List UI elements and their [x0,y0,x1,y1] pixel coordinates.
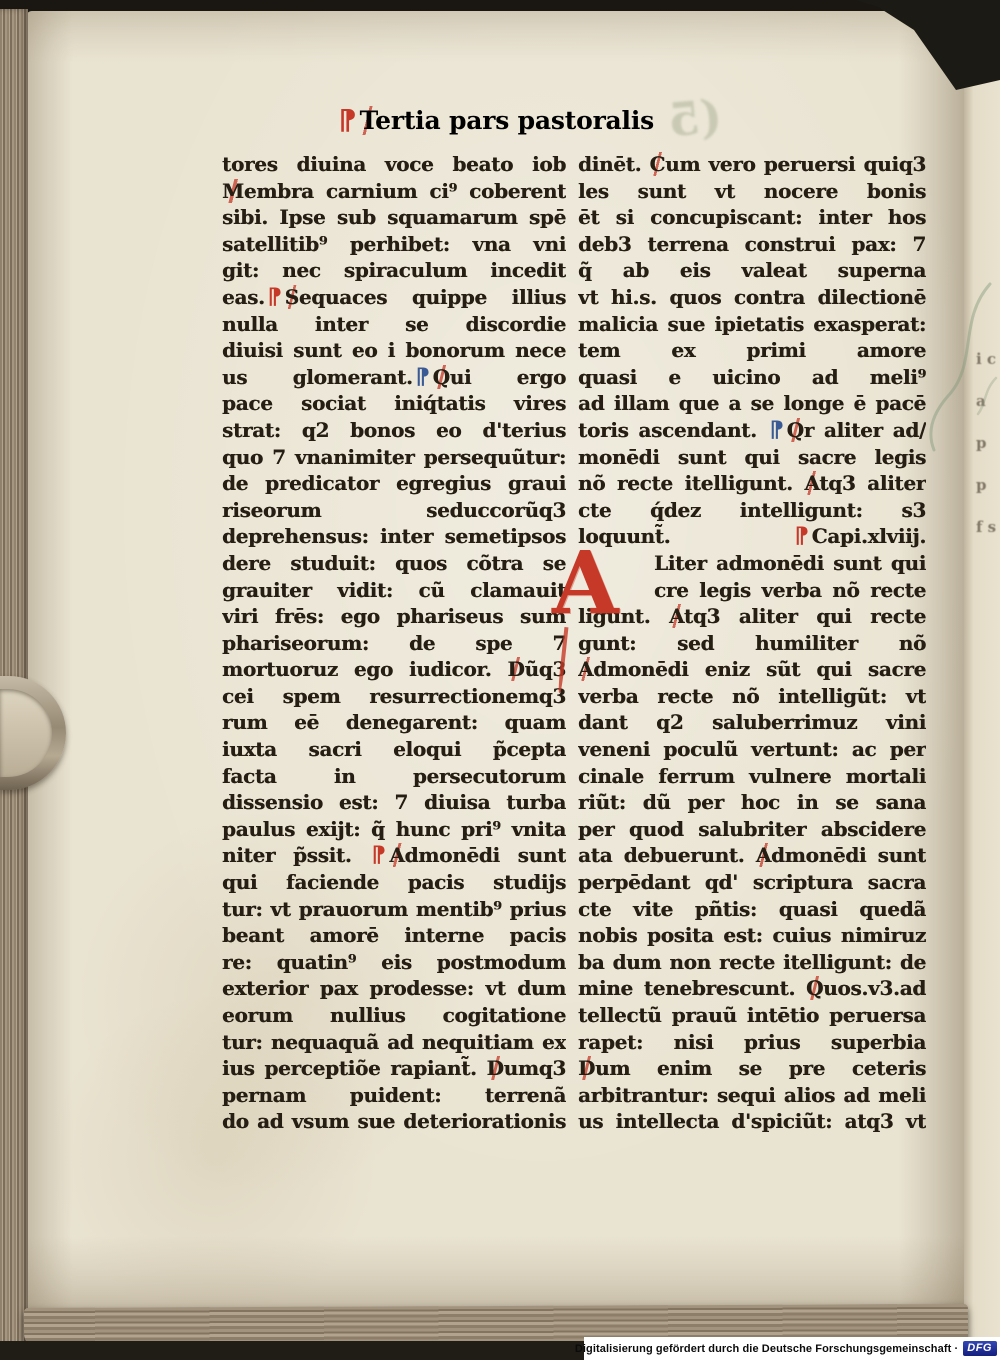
book-clasp-inner [0,689,52,777]
text-line: phariseorum: de spe 7 resurrectiõe [222,630,566,657]
rubricated-initial: Q [806,976,823,1000]
text-run: rapet: nisi prius superbia inflaret. [578,1030,926,1056]
text-line: eorum nullius cogitatione suspēdi∕ [222,1002,566,1029]
text-run: riũt: dũ per hoc in se sana perimũt [578,790,926,816]
text-run: les sunt vt nocere bonis nequeant: [578,179,926,205]
text-line: eas.¶Sequaces quippe illius quo [222,284,566,311]
rubricated-initial: D [487,1056,504,1080]
text-run: cte vite pñtis: quasi quedã lucerna [578,897,926,923]
text-line: cte vite pñtis: quasi quedã lucerna [578,896,926,923]
text-run: r aliter ad∕ [804,418,926,442]
text-run: ba dum non recte itelligunt: de lu∕ [578,950,926,976]
text-line: cei spem resurrectionemq3 mortuo [222,683,566,710]
text-line: dissensio est: 7 diuisa turba illesus [222,789,566,816]
rubricated-initial: C [650,152,666,176]
text-line: q̃ ab eis valeat superna cognosci: [578,257,926,284]
text-run: satellitib⁹ perhibet: vna vni coniũ [222,232,566,258]
red-paragraph-mark-icon: ¶ [339,103,357,136]
text-line: grauiter vidit: cũ clamauit dicens: [222,577,566,604]
text-line: ēt si concupiscant: inter hos nimirz [578,204,926,231]
text-line: us intellecta d'spiciũt: atq3 vt apud [578,1108,926,1135]
text-run: niter p̃ssit. [222,843,369,867]
text-run: um enim se pre ceteris sapientes [578,1056,926,1082]
text-run: toris ascendant. [578,418,767,442]
text-line: pernam puident: terrenã nullomo [222,1082,566,1109]
text-run: mine tenebrescunt. [578,976,806,1000]
text-run: exterior pax prodesse: vt dum mēs [222,976,566,1002]
text-line: dinēt. Cum vero peruersi quiq3 ta∕ [578,151,926,178]
text-line: exterior pax prodesse: vt dum mēs [222,975,566,1002]
text-line: dere studuit: quos cõtra se vnitos [222,550,566,577]
rubricated-initial: A [804,471,819,495]
text-run: riseorum seduccorũq3 persecutione [222,498,566,524]
text-line: ba dum non recte itelligunt: de lu∕ [578,949,926,976]
text-run: diuisi sunt eo i bonorum nece graui [222,338,566,364]
text-run: de predicator egregius graui pha∕ [222,471,566,497]
text-line: nulla inter se discordie aduersitate [222,311,566,338]
text-line: Dum enim se pre ceteris sapientes [578,1055,926,1082]
rubricated-initial: M [222,179,244,203]
text-line: re: quatin⁹ eis postmodum valeat [222,949,566,976]
text-run: Liter admonēdi sunt qui sa [654,551,926,577]
text-run: monēdi sunt qui sacre legis verba [578,445,926,471]
text-line: rum eē denegarent: quam pharisei [222,709,566,736]
dfg-logo: DFG [963,1341,997,1356]
text-line: mine tenebrescunt. Quos.v3.ad in [578,975,926,1002]
book-page: ¶Tertia pars pastoralis (5 tores diuina … [26,11,964,1314]
text-line: tellectũ prauũ intētio peruersa non [578,1002,926,1029]
text-run: us intellecta d'spiciũt: atq3 vt apud [578,1109,926,1135]
rubricated-initial: Q [433,365,450,389]
text-line: quo 7 vnanimiter persequũtur: vn [222,444,566,471]
rubricated-initial: A [669,604,684,628]
text-run: ius perceptiõe rapiant̃. [222,1056,487,1080]
text-run: sibi. Ipse sub squamarum spē d'eius [222,205,566,231]
text-run: per quod salubriter abscidere sauci [578,817,926,843]
text-line: vt hi.s. quos contra dilectionē dei [578,284,926,311]
text-run: dmonēdi eniz sũt qui sacre legis [578,657,926,683]
credit-text: Digitalisierung gefördert durch die Deut… [575,1343,958,1355]
text-line: us glomerant.¶Qui ergo iniquos [222,364,566,391]
text-run: iuxta sacri eloqui p̃cepta crederẽt: [222,737,566,763]
text-run: facta in persecutorum vnanimitate [222,764,566,790]
text-line: iuxta sacri eloqui p̃cepta crederẽt: [222,736,566,763]
text-line: mortuoruz ego iudicor. Dũq3 sadu [222,656,566,683]
text-line: tem ex primi amore mansuescãt: 7 [578,337,926,364]
page-title: ¶Tertia pars pastoralis [26,103,964,136]
text-run: strat: q2 bonos eo d'terius dep̃mũt [222,418,566,444]
text-line: perpēdant qd' scriptura sacra in no [578,869,926,896]
text-run: ēt si concupiscant: inter hos nimirz [578,205,926,231]
text-line: pace sociat iniq́tatis vires admini [222,390,566,417]
text-line: deprehensus: inter semetipsos diui [222,523,566,550]
text-run: rum eē denegarent: quam pharisei [222,710,566,736]
text-line: Membra carnium ci⁹ coberent ũ [222,178,566,205]
text-line: veneni poculũ vertunt: ac per medi [578,736,926,763]
text-run: tores diuina voce beato iob dicit. [222,152,566,178]
text-line: git: nec spiraculum incedit q́dez p [222,257,566,284]
text-run: pace sociat iniq́tatis vires admini [222,391,566,417]
text-line: Admonēdi eniz sũt qui sacre legis [578,656,926,683]
text-run: beant amorē interne pacis infunde [222,923,566,949]
blue-paragraph-mark-icon: ¶ [770,417,784,444]
text-line: sibi. Ipse sub squamarum spē d'eius [222,204,566,231]
text-line: diuisi sunt eo i bonorum nece graui [222,337,566,364]
chapter-dropcap-initial: A [552,543,650,635]
text-run: do ad vsum sue deteriorationis in∕ [222,1109,566,1135]
digitization-credit-bar: Digitalisierung gefördert durch die Deut… [584,1337,1000,1360]
text-run: dinēt. [578,152,650,176]
rubricated-initial: A [756,843,771,867]
text-run: embra carnium ci⁹ coberent ũ [222,179,566,205]
text-run: malicia sue ipietatis exasperat: sal∕ [578,312,926,338]
text-run: pernam puident: terrenã nullomo [222,1083,566,1109]
text-line: facta in persecutorum vnanimitate [222,763,566,790]
text-column-left: tores diuina voce beato iob dicit.Membra… [222,151,566,1135]
facing-page-edge: i c a p p f s [962,8,1000,1342]
text-run: q̃ ab eis valeat superna cognosci: [578,258,926,284]
text-run: qui faciende pacis studijs occupã∕ [222,870,566,896]
text-run: cinale ferrum vulnere mortali se fe∕ [578,764,926,790]
text-line: deb3 terrena construi pax: 7 prius∕ [578,231,926,258]
facing-page-ghost-text: i c a p p f s [976,338,998,858]
text-run: re: quatin⁹ eis postmodum valeat [222,950,566,976]
text-line: dant q2 saluberrimuz vini potuz in [578,709,926,736]
text-run: perpēdant qd' scriptura sacra in no [578,870,926,896]
text-run: viri frēs: ego phariseus sum filius [222,604,566,630]
text-line: arbitrantur: sequi alios ad meli ∕ [578,1082,926,1109]
text-run: mortuoruz ego iudicor. [222,657,507,681]
red-paragraph-mark-icon: ¶ [795,523,809,550]
text-run: dissensio est: 7 diuisa turba illesus [222,790,566,816]
text-line: paulus exijt: q̃ hunc pri⁹ vnita īma [222,816,566,843]
text-line: monēdi sunt qui sacre legis verba [578,444,926,471]
text-run: quasi e uicino ad meli⁹ transeant: vt [578,365,926,391]
text-line: niter p̃ssit. ¶Admonēdi sunt itaq3 [222,842,566,869]
text-run: nõ recte itelligunt. [578,471,804,495]
text-line: nobis posita est: cuius nimiruz ver [578,922,926,949]
text-line: qui faciende pacis studijs occupã∕ [222,869,566,896]
book-scan: i c a p p f s ¶Tertia pars pastoralis (5… [0,0,1000,1360]
text-line: cte q́dez intelligunt: s3 humiliter ñ [578,497,926,524]
text-line: ad illam que a se longe ē pacē condi [578,390,926,417]
text-run: tur: nequaquã ad nequitiam ex hu [222,1030,566,1056]
text-line: viri frēs: ego phariseus sum filius [222,603,566,630]
text-line: verba recte nõ intelligũt: vt perpen [578,683,926,710]
text-line: nõ recte itelligunt. Atq3 aliter q́ re [578,470,926,497]
text-run: phariseorum: de spe 7 resurrectiõe [222,631,566,657]
text-run: eorum nullius cogitatione suspēdi∕ [222,1003,566,1029]
text-line: rapet: nisi prius superbia inflaret. [578,1029,926,1056]
blue-paragraph-mark-icon: ¶ [416,364,430,391]
text-line: tur: vt prauorum mentib⁹ prius de∕ [222,896,566,923]
text-run: git: nec spiraculum incedit q́dez p [222,258,566,284]
red-paragraph-mark-icon: ¶ [268,284,282,311]
text-run: cei spem resurrectionemq3 mortuo [222,684,566,710]
rubricated-initial: A [578,657,593,681]
text-run: deb3 terrena construi pax: 7 prius∕ [578,232,926,258]
text-line: riũt: dũ per hoc in se sana perimũt [578,789,926,816]
text-line: beant amorē interne pacis infunde [222,922,566,949]
text-run: tellectũ prauũ intētio peruersa non [578,1003,926,1029]
text-line: do ad vsum sue deteriorationis in∕ [222,1108,566,1135]
text-line: per quod salubriter abscidere sauci [578,816,926,843]
text-run: deprehensus: inter semetipsos diui [222,524,566,550]
text-line: strat: q2 bonos eo d'terius dep̃mũt [222,417,566,444]
text-run: Capi.xlviij. [812,524,926,548]
text-run: dere studuit: quos cõtra se vnitos [222,551,566,577]
rubricated-initial: T [360,106,376,135]
text-run: tur: vt prauorum mentib⁹ prius de∕ [222,897,566,923]
rubricated-initial: Q [787,418,804,442]
text-run: quo 7 vnanimiter persequũtur: vn [222,445,566,471]
text-line: de predicator egregius graui pha∕ [222,470,566,497]
text-run: ata debuerunt. [578,843,756,867]
text-run: cte q́dez intelligunt: s3 humiliter ñ [578,498,926,524]
text-run: nulla inter se discordie aduersitate [222,312,566,338]
text-line: malicia sue ipietatis exasperat: sal∕ [578,311,926,338]
text-run: dant q2 saluberrimuz vini potuz in [578,710,926,736]
text-line: cinale ferrum vulnere mortali se fe∕ [578,763,926,790]
text-column-right: A dinēt. Cum vero peruersi quiq3 ta∕les … [578,151,926,1135]
text-line: riseorum seduccorũq3 persecutione [222,497,566,524]
text-run: paulus exijt: q̃ hunc pri⁹ vnita īma [222,817,566,843]
text-run: arbitrantur: sequi alios ad meli ∕ [578,1083,926,1109]
rubricated-initial: D [507,657,524,681]
text-line: tur: nequaquã ad nequitiam ex hu [222,1029,566,1056]
text-line: ius perceptiõe rapiant̃. Dumq3 su [222,1055,566,1082]
text-run: ertia pars pastoralis [375,106,654,135]
text-line: tores diuina voce beato iob dicit. [222,151,566,178]
text-run: ad illam que a se longe ē pacē condi [578,391,926,417]
text-run: verba recte nõ intelligũt: vt perpen [578,684,926,710]
rubricated-initial: D [578,1056,595,1080]
ink-offset-ghost: (5 [666,89,724,147]
text-line: les sunt vt nocere bonis nequeant: [578,178,926,205]
text-run: vt hi.s. quos contra dilectionē dei [578,285,926,311]
text-run: us glomerant. [222,365,413,389]
rubricated-initial: A [389,843,404,867]
text-run: veneni poculũ vertunt: ac per medi [578,737,926,763]
text-run: nobis posita est: cuius nimiruz ver [578,923,926,949]
text-run: tem ex primi amore mansuescãt: 7 [578,338,926,364]
text-line: quasi e uicino ad meli⁹ transeant: vt [578,364,926,391]
text-line: ata debuerunt. Admonēdi sunt vt [578,842,926,869]
text-run: eas. [222,285,265,309]
red-paragraph-mark-icon: ¶ [372,842,386,869]
rubricated-initial: S [285,285,299,309]
text-run: cre legis verba nõ recte intel [654,578,926,604]
text-line: satellitib⁹ perhibet: vna vni coniũ [222,231,566,258]
text-run: grauiter vidit: cũ clamauit dicens: [222,578,566,604]
text-line: toris ascendant. ¶Qr aliter ad∕ [578,417,926,444]
